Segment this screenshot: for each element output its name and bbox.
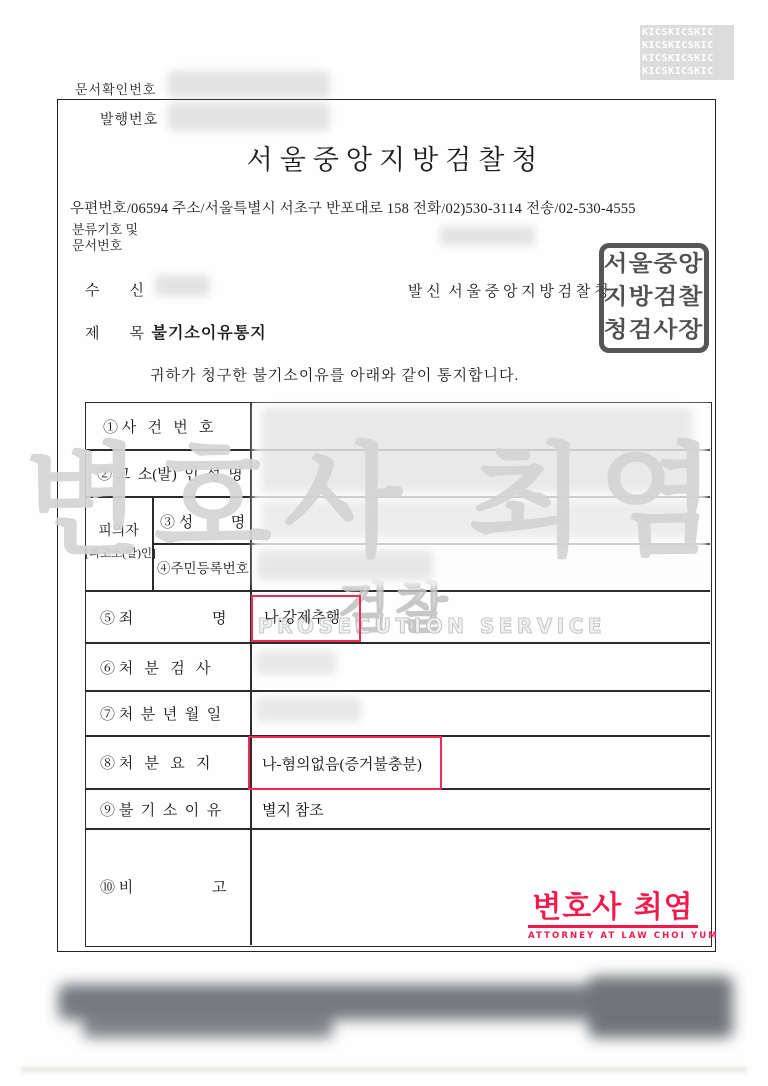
official-seal: 서울중앙 지방검찰 청검사장 [599,243,709,353]
kics-watermark-block: KICSKICSKIC KICSKICSKIC KICSKICSKIC KICS… [640,25,734,80]
row-disposition-summary-label: ⑧ 처 분 요 지 [100,752,210,773]
table-line [85,828,710,830]
official-seal-line2: 지방검찰 [604,284,704,312]
official-seal-line1: 서울중앙 [604,251,704,279]
disposition-highlight-box [248,736,442,790]
issue-number-label: 발행번호 [100,109,158,129]
offense-highlight-box [251,595,361,642]
attorney-name-watermark: 변호사 최염 [24,404,728,579]
address-line: 우편번호/06594 주소/서울특별시 서초구 반포대로 158 전화/02)5… [70,197,636,218]
kics-watermark-row: KICSKICSKIC [642,52,734,65]
row-disposition-date-label: ⑦ 처 분 년 월 일 [100,703,221,724]
redacted-issue-number [168,103,330,131]
attorney-logo-divider [528,925,698,928]
redacted-disposition-date-value [256,697,361,722]
classification-label-line2: 문서번호 [72,238,138,254]
doc-confirm-number-label: 문서확인번호 [75,79,156,98]
redacted-footer-line [83,1018,333,1038]
office-title: 서울중앙지방검찰청 [57,138,714,177]
kics-watermark-row: KICSKICSKIC [642,26,734,39]
subject-row: 제 목 불기소이유통지 [85,320,267,343]
sender-line: 발 신 서 울 중 앙 지 방 검 찰 청 [408,280,609,301]
redacted-recipient-value [155,275,210,296]
attorney-logo-subtitle: ATTORNEY AT LAW CHOI YUM [528,931,698,941]
redacted-footer-line [588,976,733,1038]
row-remarks-label: ⑩ 비 고 [100,876,226,897]
nonprosecution-reason-value: 별지 참조 [262,799,324,820]
attorney-logo-name: 변호사 최염 [528,892,698,924]
recipient-label: 수 신 [85,279,144,300]
scanned-document-page: KICSKICSKIC KICSKICSKIC KICSKICSKIC KICS… [0,0,768,1086]
classification-label-line1: 분류기호 및 [72,222,138,238]
classification-label: 분류기호 및 문서번호 [72,222,138,254]
kics-watermark-row: KICSKICSKIC [642,39,734,52]
official-seal-line3: 청검사장 [604,317,704,345]
redacted-footer-band [28,974,736,1048]
scan-artifact-line [22,1067,746,1072]
attorney-logo: 변호사 최염 ATTORNEY AT LAW CHOI YUM [528,892,698,941]
row-offense-label: ⑤ 죄 명 [100,607,226,628]
row-nonprosecution-reason-label: ⑨ 불 기 소 이 유 [100,799,221,820]
redacted-doc-confirm-number [168,71,330,98]
intro-sentence: 귀하가 청구한 불기소이유를 아래와 같이 통지합니다. [150,364,519,385]
subject-label: 제 목 [85,326,151,342]
row-prosecutor-label: ⑥ 처 분 검 사 [100,657,210,678]
kics-watermark-row: KICSKICSKIC [642,65,734,78]
redacted-prosecutor-value [256,650,336,675]
redacted-classification-number [440,226,535,246]
table-line [85,690,710,692]
subject-value: 불기소이유통지 [151,325,266,342]
